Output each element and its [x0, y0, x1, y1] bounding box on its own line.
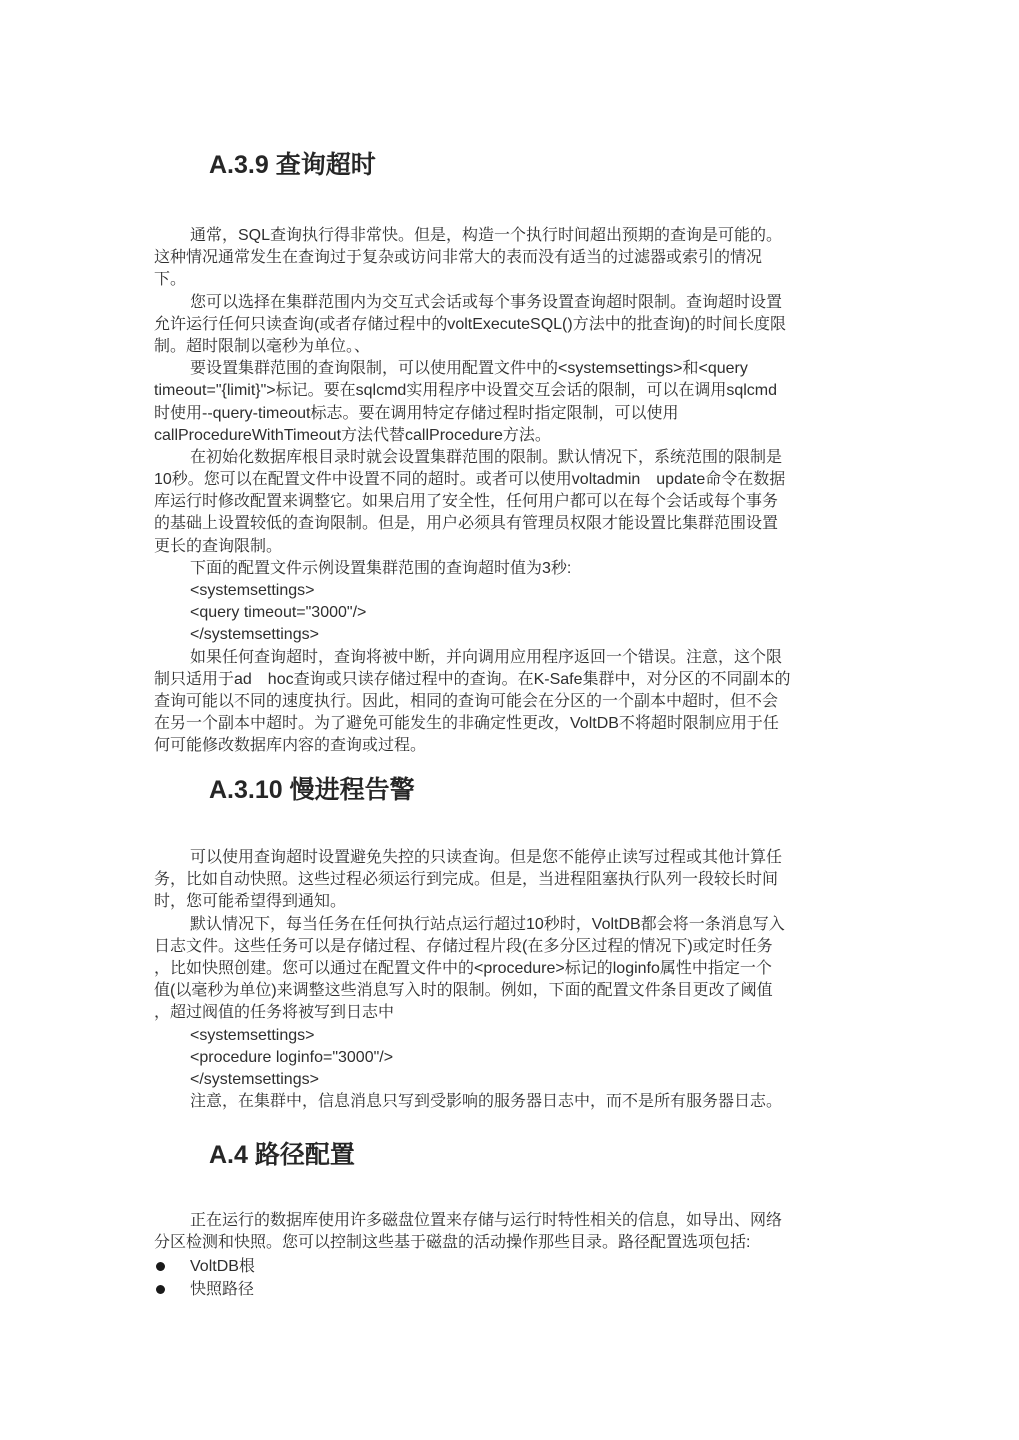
section-heading-path-config: A.4 路径配置	[209, 1135, 355, 1171]
text-line: ，比如快照创建。您可以通过在配置文件中的<procedure>标记的loginf…	[154, 958, 866, 980]
code-line: <procedure loginfo="3000"/>	[154, 1047, 866, 1069]
paragraph-slow-process: 可以使用查询超时设置避免失控的只读查询。但是您不能停止读写过程或其他计算任 务，…	[154, 847, 866, 1113]
text-line: 下面的配置文件示例设置集群范围的查询超时值为3秒:	[154, 558, 866, 580]
list-item: 快照路径	[154, 1278, 866, 1301]
text-line: 正在运行的数据库使用许多磁盘位置来存储与运行时特性相关的信息，如导出、网络	[154, 1210, 866, 1232]
text-line: 可以使用查询超时设置避免失控的只读查询。但是您不能停止读写过程或其他计算任	[154, 847, 866, 869]
list-item: VoltDB根	[154, 1255, 866, 1278]
path-options-list: VoltDB根 快照路径	[154, 1255, 866, 1301]
document-page: A.3.9 查询超时 通常，SQL查询执行得非常快。但是，构造一个执行时间超出预…	[0, 0, 1019, 1440]
section-heading-query-timeout: A.3.9 查询超时	[209, 145, 376, 181]
text-line: 时，您可能希望得到通知。	[154, 891, 866, 913]
text-line: 您可以选择在集群范围内为交互式会话或每个事务设置查询超时限制。查询超时设置	[154, 292, 866, 314]
text-line: 如果任何查询超时，查询将被中断，并向调用应用程序返回一个错误。注意，这个限	[154, 647, 866, 669]
text-line: 更长的查询限制。	[154, 536, 866, 558]
text-line: 库运行时修改配置来调整它。如果启用了安全性，任何用户都可以在每个会话或每个事务	[154, 491, 866, 513]
code-line: </systemsettings>	[154, 1069, 866, 1091]
list-item-label: 快照路径	[190, 1278, 254, 1301]
text-line: timeout="{limit}">标记。要在sqlcmd实用程序中设置交互会话…	[154, 380, 866, 402]
text-line: 下。	[154, 269, 866, 291]
text-line: 注意，在集群中，信息消息只写到受影响的服务器日志中，而不是所有服务器日志。	[154, 1091, 866, 1113]
text-line: 在初始化数据库根目录时就会设置集群范围的限制。默认情况下，系统范围的限制是	[154, 447, 866, 469]
text-line: 时使用--query-timeout标志。要在调用特定存储过程时指定限制，可以使…	[154, 403, 866, 425]
text-line: 值(以毫秒为单位)来调整这些消息写入时的限制。例如，下面的配置文件条目更改了阈值	[154, 980, 866, 1002]
text-line: 制只适用于ad hoc查询或只读存储过程中的查询。在K-Safe集群中，对分区的…	[154, 669, 866, 691]
text-line: 通常，SQL查询执行得非常快。但是，构造一个执行时间超出预期的查询是可能的。	[154, 225, 866, 247]
text-line: 分区检测和快照。您可以控制这些基于磁盘的活动操作那些目录。路径配置选项包括:	[154, 1232, 866, 1254]
paragraph-intro: 通常，SQL查询执行得非常快。但是，构造一个执行时间超出预期的查询是可能的。 这…	[154, 225, 866, 758]
text-line: 要设置集群范围的查询限制，可以使用配置文件中的<systemsettings>和…	[154, 358, 866, 380]
text-line: callProcedureWithTimeout方法代替callProcedur…	[154, 425, 866, 447]
bullet-icon	[156, 1285, 165, 1294]
text-line: 制。超时限制以毫秒为单位。、	[154, 336, 866, 358]
text-line: ，超过阀值的任务将被写到日志中	[154, 1002, 866, 1024]
text-line: 的基础上设置较低的查询限制。但是，用户必须具有管理员权限才能设置比集群范围设置	[154, 513, 866, 535]
text-line: 在另一个副本中超时。为了避免可能发生的非确定性更改，VoltDB不将超时限制应用…	[154, 713, 866, 735]
text-line: 允许运行任何只读查询(或者存储过程中的voltExecuteSQL()方法中的批…	[154, 314, 866, 336]
paragraph-path-config: 正在运行的数据库使用许多磁盘位置来存储与运行时特性相关的信息，如导出、网络 分区…	[154, 1210, 866, 1254]
text-line: 这种情况通常发生在查询过于复杂或访问非常大的表而没有适当的过滤器或索引的情况	[154, 247, 866, 269]
code-line: </systemsettings>	[154, 624, 866, 646]
text-line: 日志文件。这些任务可以是存储过程、存储过程片段(在多分区过程的情况下)或定时任务	[154, 936, 866, 958]
bullet-icon	[156, 1262, 165, 1271]
text-line: 默认情况下，每当任务在任何执行站点运行超过10秒时，VoltDB都会将一条消息写…	[154, 914, 866, 936]
code-line: <systemsettings>	[154, 1025, 866, 1047]
text-line: 务，比如自动快照。这些过程必须运行到完成。但是，当进程阻塞执行队列一段较长时间	[154, 869, 866, 891]
section-heading-slow-process-alert: A.3.10 慢进程告警	[209, 770, 415, 806]
code-line: <systemsettings>	[154, 580, 866, 602]
text-line: 何可能修改数据库内容的查询或过程。	[154, 735, 866, 757]
text-line: 查询可能以不同的速度执行。因此，相同的查询可能会在分区的一个副本中超时，但不会	[154, 691, 866, 713]
text-line: 10秒。您可以在配置文件中设置不同的超时。或者可以使用voltadmin upd…	[154, 469, 866, 491]
list-item-label: VoltDB根	[190, 1255, 255, 1278]
code-line: <query timeout="3000"/>	[154, 602, 866, 624]
